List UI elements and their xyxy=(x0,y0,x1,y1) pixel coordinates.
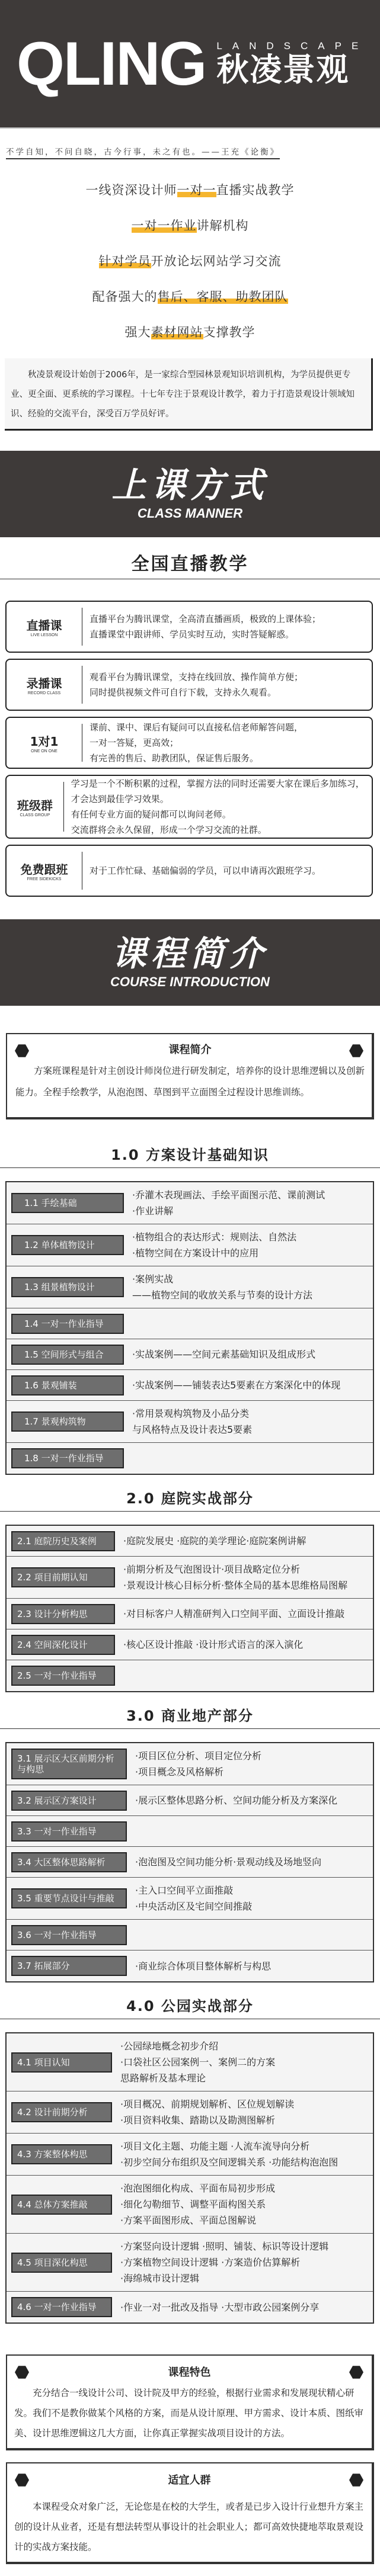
box-title: 适宜人群 xyxy=(14,2472,365,2487)
row-item: ·海绵城市设计逻辑 xyxy=(120,2270,328,2286)
table-row: 2.5 一对一作业指导 xyxy=(7,1660,373,1691)
class-manner-banner: 上课方式 CLASS MANNER xyxy=(0,451,380,537)
row-item: ·作业讲解 xyxy=(132,1203,325,1219)
table-row: 1.1 手绘基础 ·乔灌木表现画法、手绘平面图示范、课前测试·作业讲解 xyxy=(7,1182,373,1224)
lesson-tag: 3.4 大区整体思路解析 xyxy=(11,1852,127,1872)
row-item: ·方案竖向设计逻辑 ·照明、铺装、标识等设计逻辑 xyxy=(120,2238,328,2254)
row-item: ·主入口空间平立面推敲 xyxy=(135,1882,252,1898)
mode-en: RECORD CLASS xyxy=(7,691,82,695)
part-table: 3.1 展示区大区前期分析与构思 ·项目区位分析、项目定位分析·项目概念及风格解… xyxy=(5,1742,374,1982)
part-title: 1.0 方案设计基础知识 xyxy=(0,1143,380,1168)
lesson-tag: 3.7 拓展部分 xyxy=(11,1956,127,1976)
features-box: 课程特色 充分结合一线设计公司、设计院及甲方的经验，根据行业需求和发展现状精心研… xyxy=(6,2354,374,2450)
row-items: ·实战案例——空间元素基础知识及组成形式 xyxy=(124,1346,315,1362)
row-item: ·庭院发展史 ·庭院的美学理论·庭院案例讲解 xyxy=(123,1533,306,1549)
logo-latin: QLING xyxy=(17,33,206,95)
table-row: 3.6 一对一作业指导 xyxy=(7,1920,373,1951)
lesson-tag: 1.4 一对一作业指导 xyxy=(11,1314,124,1334)
slogan: 强大素材网站支撑教学 xyxy=(0,323,380,341)
row-items: ·庭院发展史 ·庭院的美学理论·庭院案例讲解 xyxy=(115,1533,306,1549)
table-row: 3.4 大区整体思路解析 ·泡泡图及空间功能分析·景观动线及场地竖向 xyxy=(7,1847,373,1878)
row-item: ·泡泡图细化构成、平面布局初步形成 xyxy=(120,2180,275,2196)
mode-name: 录播课 xyxy=(7,674,82,691)
section-title-en: COURSE INTRODUCTION xyxy=(110,974,270,990)
row-item: ·案例实战 xyxy=(132,1271,312,1287)
mode-en: CLASS GROUP xyxy=(7,813,63,817)
row-item: ——植物空间的收放关系与节奏的设计方法 xyxy=(132,1287,312,1303)
lesson-tag: 2.5 一对一作业指导 xyxy=(11,1666,115,1686)
row-item: ·初步空间分布组织及空间逻辑关系 ·功能结构泡泡图 xyxy=(120,2154,338,2170)
row-items: ·前期分析及气泡图设计·项目战略定位分析·景观设计核心目标分析·整体全局的基本思… xyxy=(115,1561,347,1593)
logo-banner: QLING LANDSCAPE 秋凌景观 xyxy=(0,0,380,129)
mode-desc-line: 对于工作忙碌、基础偏弱的学员，可以申请再次跟班学习。 xyxy=(90,863,321,878)
row-item: ·对目标客户人精准研判入口空间平面、立面设计推敲 xyxy=(123,1606,344,1622)
mode-desc-line: 直播课堂中跟讲师、学员实时互动，实时答疑解惑。 xyxy=(90,627,321,642)
lesson-tag: 1.5 空间形式与组合 xyxy=(11,1345,124,1365)
lesson-tag: 2.4 空间深化设计 xyxy=(11,1635,115,1655)
table-row: 1.5 空间形式与组合 ·实战案例——空间元素基础知识及组成形式 xyxy=(7,1339,373,1370)
row-item: ·乔灌木表现画法、手绘平面图示范、课前测试 xyxy=(132,1187,325,1203)
section-title-cn: 课程简介 xyxy=(111,935,268,973)
lesson-tag: 1.6 景观铺装 xyxy=(11,1375,124,1396)
row-item: ·口袋社区公园案例一、案例二的方案 xyxy=(120,2054,275,2070)
logo-right: LANDSCAPE 秋凌景观 xyxy=(216,40,368,87)
row-items: ·项目文化主题、功能主题 ·人流车流导向分析·初步空间分布组织及空间逻辑关系 ·… xyxy=(112,2138,338,2170)
mode-desc: 观看平台为腾讯课堂，支持在线回放、操作简单方便；同时提供视频文件可自行下载，支持… xyxy=(82,669,309,700)
row-item: ·展示区整体思路分析、空间功能分析及方案深化 xyxy=(135,1792,337,1808)
table-row: 4.3 方案整体构思 ·项目文化主题、功能主题 ·人流车流导向分析·初步空间分布… xyxy=(7,2134,373,2176)
mode-desc: 课前、课中、课后有疑问可以直接私信老师解答问题，一对一答疑，更高效；有完善的售后… xyxy=(82,720,309,766)
live-teaching-title: 全国直播教学 xyxy=(0,549,380,579)
mode-desc-line: 直播平台为腾讯课堂，全高清直播画质，极致的上课体验； xyxy=(90,611,321,627)
table-row: 3.5 重要节点设计与推敲 ·主入口空间平立面推敲·中央活动区及宅间空间推敲 xyxy=(7,1878,373,1920)
row-item: ·泡泡图及空间功能分析·景观动线及场地竖向 xyxy=(135,1854,321,1870)
lesson-tag: 4.6 一对一作业指导 xyxy=(11,2297,112,2317)
row-item: ·植物组合的表达形式：规则法、自然法 xyxy=(132,1229,296,1245)
row-item: ·核心区设计推敲 ·设计形式语言的深入演化 xyxy=(123,1637,303,1653)
table-row: 3.7 拓展部分 ·商业综合体项目整体解析与构思 xyxy=(7,1951,373,1981)
mode-desc: 学习是一个不断积累的过程，掌握方法的同时还需要大家在课后多加练习，才会达到最佳学… xyxy=(64,776,372,838)
mode-card: 班级群 CLASS GROUP 学习是一个不断积累的过程，掌握方法的同时还需要大… xyxy=(5,775,373,839)
slogans: 一线资深设计师一对一直播实战教学 一对一作业讲解机构 针对学员开放论坛网站学习交… xyxy=(0,181,380,341)
slogan: 配备强大的售后、客服、助教团队 xyxy=(0,287,380,305)
mode-card: 免费跟班 FREE SIDEKICKS 对于工作忙碌、基础偏弱的学员，可以申请再… xyxy=(5,845,373,897)
lesson-tag: 2.2 项目前期认知 xyxy=(11,1567,115,1587)
mode-desc-line: 有完善的售后、助教团队，保证售后服务。 xyxy=(90,750,303,766)
box-text: 方案班课程是针对主创设计师岗位进行研发制定，培养你的设计思维逻辑以及创新能力。全… xyxy=(15,1060,365,1103)
row-item: ·项目概况、前期规划解析、区位规划解读 xyxy=(120,2096,294,2112)
row-item: ·实战案例——铺装表达5要素在方案深化中的体现 xyxy=(132,1377,340,1393)
part-title: 3.0 商业地产部分 xyxy=(0,1704,380,1729)
lesson-tag: 3.6 一对一作业指导 xyxy=(11,1925,127,1945)
lesson-tag: 4.1 项目认知 xyxy=(11,2052,112,2073)
lesson-tag: 1.1 手绘基础 xyxy=(11,1193,124,1213)
mode-desc-line: 同时提供视频文件可自行下载，支持永久观看。 xyxy=(90,685,303,700)
row-items: ·公园绿地概念初步介绍·口袋社区公园案例一、案例二的方案 思路解析及基本理论 xyxy=(112,2038,275,2086)
row-item: ·方案植物空间设计逻辑 ·方案造价估算解析 xyxy=(120,2254,328,2270)
table-row: 4.2 设计前期分析 ·项目概况、前期规划解析、区位规划解读·项目资料收集、踏勘… xyxy=(7,2091,373,2134)
lesson-tag: 1.7 景观构筑物 xyxy=(11,1411,124,1432)
table-row: 3.3 一对一作业指导 xyxy=(7,1816,373,1847)
audience-box: 适宜人群 本课程受众对象广泛，无论您是在校的大学生，或者是已步入设计行业想升方案… xyxy=(6,2462,374,2564)
lesson-tag: 4.3 方案整体构思 xyxy=(11,2144,112,2164)
row-item: ·项目文化主题、功能主题 ·人流车流导向分析 xyxy=(120,2138,338,2154)
lesson-tag: 4.5 项目深化构思 xyxy=(11,2253,112,2273)
row-item: ·前期分析及气泡图设计·项目战略定位分析 xyxy=(123,1561,347,1577)
table-row: 1.3 组景植物设计 ·案例实战 ——植物空间的收放关系与节奏的设计方法 xyxy=(7,1266,373,1308)
mode-desc-line: 一对一答疑，更高效； xyxy=(90,735,303,750)
lesson-tag: 3.2 展示区方案设计 xyxy=(11,1791,127,1811)
row-items: ·案例实战 ——植物空间的收放关系与节奏的设计方法 xyxy=(124,1271,312,1303)
table-row: 1.4 一对一作业指导 xyxy=(7,1308,373,1339)
mode-desc: 对于工作忙碌、基础偏弱的学员，可以申请再次跟班学习。 xyxy=(82,863,327,878)
row-item: 思路解析及基本理论 xyxy=(120,2070,275,2086)
logo-cn: 秋凌景观 xyxy=(216,52,368,87)
row-items: ·核心区设计推敲 ·设计形式语言的深入演化 xyxy=(115,1637,303,1653)
row-item: ·方案平面图形成、平面总图解说 xyxy=(120,2212,275,2228)
mode-list: 直播课 LIVE LESSON 直播平台为腾讯课堂，全高清直播画质，极致的上课体… xyxy=(5,601,373,897)
mode-desc-line: 观看平台为腾讯课堂，支持在线回放、操作简单方便； xyxy=(90,669,303,685)
mode-card: 1对1 ONE ON ONE 课前、课中、课后有疑问可以直接私信老师解答问题，一… xyxy=(5,717,373,769)
mode-name: 班级群 xyxy=(7,796,63,813)
row-item: 与风格特点及设计表达5要素 xyxy=(132,1422,252,1438)
row-item: ·景观设计核心目标分析·整体全局的基本思维格局图解 xyxy=(123,1577,347,1593)
row-items: ·常用景观构筑物及小品分类 与风格特点及设计表达5要素 xyxy=(124,1406,252,1438)
slogan: 一线资深设计师一对一直播实战教学 xyxy=(0,181,380,198)
mode-name: 免费跟班 xyxy=(7,860,82,877)
row-items: ·泡泡图及空间功能分析·景观动线及场地竖向 xyxy=(127,1854,321,1870)
part-table: 2.1 庭院历史及案例 ·庭院发展史 ·庭院的美学理论·庭院案例讲解2.2 项目… xyxy=(5,1525,374,1692)
lesson-tag: 4.2 设计前期分析 xyxy=(11,2102,112,2122)
row-items: ·项目概况、前期规划解析、区位规划解读·项目资料收集、踏勘以及勘测图解析 xyxy=(112,2096,294,2128)
mode-label: 班级群 CLASS GROUP xyxy=(7,782,64,832)
about-text: 秋凌景观设计始创于2006年，是一家综合型园林景观知识培训机构，为学员提供更专业… xyxy=(5,358,373,431)
lesson-tag: 2.1 庭院历史及案例 xyxy=(11,1531,115,1551)
lesson-tag: 4.4 总体方案推敲 xyxy=(11,2195,112,2215)
part-title: 2.0 庭院实战部分 xyxy=(0,1487,380,1512)
mode-label: 1对1 ONE ON ONE xyxy=(7,724,82,762)
row-item: ·常用景观构筑物及小品分类 xyxy=(132,1406,252,1422)
table-row: 1.7 景观构筑物 ·常用景观构筑物及小品分类 与风格特点及设计表达5要素 xyxy=(7,1401,373,1443)
lesson-tag: 1.3 组景植物设计 xyxy=(11,1277,124,1297)
table-row: 2.4 空间深化设计 ·核心区设计推敲 ·设计形式语言的深入演化 xyxy=(7,1629,373,1660)
course-intro-banner: 课程简介 COURSE INTRODUCTION xyxy=(0,919,380,1006)
row-items: ·展示区整体思路分析、空间功能分析及方案深化 xyxy=(127,1792,337,1808)
row-items: ·对目标客户人精准研判入口空间平面、立面设计推敲 xyxy=(115,1606,344,1622)
row-items: ·实战案例——铺装表达5要素在方案深化中的体现 xyxy=(124,1377,340,1393)
row-item: ·项目区位分析、项目定位分析 xyxy=(135,1748,261,1764)
lesson-tag: 1.8 一对一作业指导 xyxy=(11,1448,124,1468)
slogan: 一对一作业讲解机构 xyxy=(0,216,380,234)
logo-tagline: LANDSCAPE xyxy=(216,40,368,52)
lesson-tag: 3.3 一对一作业指导 xyxy=(11,1821,127,1842)
row-item: ·项目资料收集、踏勘以及勘测图解析 xyxy=(120,2112,294,2128)
part-table: 4.1 项目认知 ·公园绿地概念初步介绍·口袋社区公园案例一、案例二的方案 思路… xyxy=(5,2032,374,2324)
table-row: 1.2 单体植物设计 ·植物组合的表达形式：规则法、自然法·植物空间在方案设计中… xyxy=(7,1224,373,1266)
row-item: ·公园绿地概念初步介绍 xyxy=(120,2038,275,2054)
row-items: ·作业一对一批改及指导 ·大型市政公园案例分享 xyxy=(112,2299,319,2315)
mode-en: ONE ON ONE xyxy=(7,749,82,753)
part-title: 4.0 公园实战部分 xyxy=(0,1994,380,2019)
mode-desc-line: 学习是一个不断积累的过程，掌握方法的同时还需要大家在课后多加练习，才会达到最佳学… xyxy=(71,776,366,807)
table-row: 4.4 总体方案推敲 ·泡泡图细化构成、平面布局初步形成·细化勾勒细节、调整平面… xyxy=(7,2176,373,2234)
mode-card: 录播课 RECORD CLASS 观看平台为腾讯课堂，支持在线回放、操作简单方便… xyxy=(5,659,373,711)
slogan: 针对学员开放论坛网站学习交流 xyxy=(0,252,380,270)
row-items: ·方案竖向设计逻辑 ·照明、铺装、标识等设计逻辑·方案植物空间设计逻辑 ·方案造… xyxy=(112,2238,328,2286)
table-row: 4.5 项目深化构思 ·方案竖向设计逻辑 ·照明、铺装、标识等设计逻辑·方案植物… xyxy=(7,2234,373,2292)
row-item: ·实战案例——空间元素基础知识及组成形式 xyxy=(132,1346,315,1362)
row-item: ·作业一对一批改及指导 ·大型市政公园案例分享 xyxy=(120,2299,319,2315)
mode-label: 免费跟班 FREE SIDEKICKS xyxy=(7,852,82,890)
box-text: 本课程受众对象广泛，无论您是在校的大学生，或者是已步入设计行业想升方案主创的设计… xyxy=(14,2497,365,2557)
mode-label: 录播课 RECORD CLASS xyxy=(7,666,82,704)
mode-desc: 直播平台为腾讯课堂，全高清直播画质，极致的上课体验；直播课堂中跟讲师、学员实时互… xyxy=(82,611,327,642)
box-text: 充分结合一线设计公司、设计院及甲方的经验，根据行业需求和发展现状精心研发。我们不… xyxy=(14,2383,365,2443)
row-items: ·主入口空间平立面推敲·中央活动区及宅间空间推敲 xyxy=(127,1882,252,1914)
mode-desc-line: 交流群将会永久保留，形成一个学习交流的社群。 xyxy=(71,822,366,838)
course-parts: 1.0 方案设计基础知识1.1 手绘基础 ·乔灌木表现画法、手绘平面图示范、课前… xyxy=(0,1143,380,2324)
box-title: 课程特色 xyxy=(14,2364,365,2379)
row-item: ·项目概念及风格解析 xyxy=(135,1764,261,1780)
part-table: 1.1 手绘基础 ·乔灌木表现画法、手绘平面图示范、课前测试·作业讲解1.2 单… xyxy=(5,1181,374,1475)
row-item: ·植物空间在方案设计中的应用 xyxy=(132,1245,296,1261)
quote: 不学自知，不问自晓，古今行事，未之有也。——王充《论衡》 xyxy=(6,145,280,159)
table-row: 2.1 庭院历史及案例 ·庭院发展史 ·庭院的美学理论·庭院案例讲解 xyxy=(7,1526,373,1557)
row-items: ·项目区位分析、项目定位分析·项目概念及风格解析 xyxy=(127,1748,261,1780)
lesson-tag: 2.3 设计分析构思 xyxy=(11,1604,115,1624)
row-item: ·中央活动区及宅间空间推敲 xyxy=(135,1898,252,1914)
lesson-tag: 1.2 单体植物设计 xyxy=(11,1235,124,1255)
row-item: ·细化勾勒细节、调整平面构图关系 xyxy=(120,2196,275,2212)
row-items: ·泡泡图细化构成、平面布局初步形成·细化勾勒细节、调整平面构图关系·方案平面图形… xyxy=(112,2180,275,2228)
table-row: 4.1 项目认知 ·公园绿地概念初步介绍·口袋社区公园案例一、案例二的方案 思路… xyxy=(7,2033,373,2091)
mode-name: 1对1 xyxy=(7,732,82,749)
section-title-cn: 上课方式 xyxy=(111,467,268,505)
course-intro-box: 课程简介 方案班课程是针对主创设计师岗位进行研发制定，培养你的设计思维逻辑以及创… xyxy=(6,1033,374,1119)
table-row: 2.2 项目前期认知 ·前期分析及气泡图设计·项目战略定位分析·景观设计核心目标… xyxy=(7,1557,373,1599)
table-row: 3.1 展示区大区前期分析与构思 ·项目区位分析、项目定位分析·项目概念及风格解… xyxy=(7,1743,373,1785)
table-row: 3.2 展示区方案设计 ·展示区整体思路分析、空间功能分析及方案深化 xyxy=(7,1785,373,1816)
section-title-en: CLASS MANNER xyxy=(138,506,242,521)
table-row: 4.6 一对一作业指导 ·作业一对一批改及指导 ·大型市政公园案例分享 xyxy=(7,2292,373,2322)
table-row: 2.3 设计分析构思 ·对目标客户人精准研判入口空间平面、立面设计推敲 xyxy=(7,1599,373,1629)
lesson-tag: 3.1 展示区大区前期分析与构思 xyxy=(11,1749,127,1779)
mode-card: 直播课 LIVE LESSON 直播平台为腾讯课堂，全高清直播画质，极致的上课体… xyxy=(5,601,373,653)
mode-label: 直播课 LIVE LESSON xyxy=(7,608,82,646)
row-item: ·商业综合体项目整体解析与构思 xyxy=(135,1958,271,1974)
mode-desc-line: 课前、课中、课后有疑问可以直接私信老师解答问题， xyxy=(90,720,303,735)
table-row: 1.8 一对一作业指导 xyxy=(7,1443,373,1474)
mode-en: FREE SIDEKICKS xyxy=(7,877,82,881)
mode-en: LIVE LESSON xyxy=(7,633,82,637)
box-title: 课程简介 xyxy=(15,1041,365,1057)
row-items: ·商业综合体项目整体解析与构思 xyxy=(127,1958,271,1974)
mode-name: 直播课 xyxy=(7,616,82,633)
lesson-tag: 3.5 重要节点设计与推敲 xyxy=(11,1888,127,1908)
table-row: 1.6 景观铺装 ·实战案例——铺装表达5要素在方案深化中的体现 xyxy=(7,1370,373,1401)
row-items: ·植物组合的表达形式：规则法、自然法·植物空间在方案设计中的应用 xyxy=(124,1229,296,1261)
row-items: ·乔灌木表现画法、手绘平面图示范、课前测试·作业讲解 xyxy=(124,1187,325,1219)
mode-desc-line: 有任何专业方面的疑问都可以询问老师。 xyxy=(71,807,366,822)
